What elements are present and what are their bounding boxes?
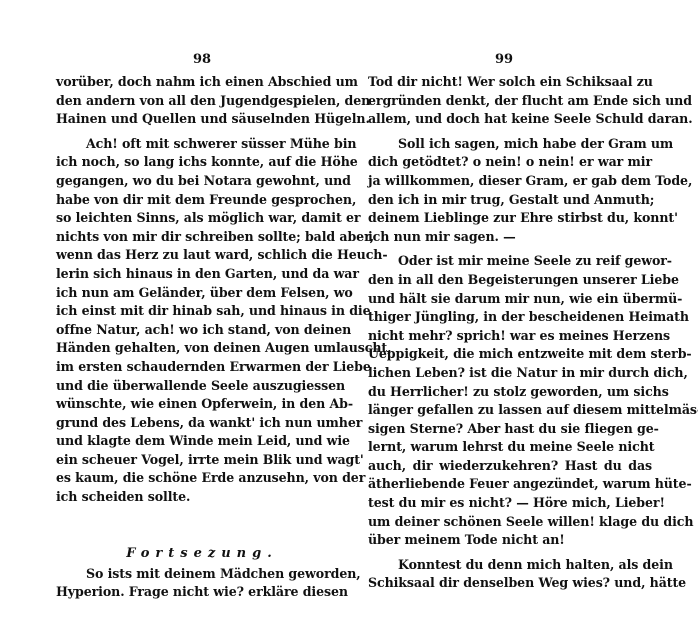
- text-line: wenn das Herz zu laut ward, schlich die …: [56, 246, 332, 265]
- text-line: ich nun mir sagen. —: [368, 228, 652, 247]
- text-line: nichts von mir dir schreiben sollte; bal…: [56, 228, 332, 247]
- text-line: und klagte dem Winde mein Leid, und wie: [56, 432, 332, 451]
- text-line: wünschte, wie einen Opferwein, in den Ab…: [56, 395, 332, 414]
- text-line: allem, und doch hat keine Seele Schuld d…: [368, 110, 652, 129]
- text-line: über meinem Tode nicht an!: [368, 531, 652, 550]
- text-line: lernt, warum lehrst du meine Seele nicht: [368, 438, 652, 457]
- paragraph: Tod dir nicht! Wer solch ein Schiksaal z…: [368, 73, 652, 129]
- text-line: und hält sie darum mir nun, wie ein über…: [368, 290, 652, 309]
- page-number: 99: [362, 52, 646, 67]
- text-line: den in all den Begeisterungen unserer Li…: [368, 271, 652, 290]
- text-line: ich noch, so lang ichs konnte, auf die H…: [56, 153, 332, 172]
- text-line: Soll ich sagen, mich habe der Gram um: [368, 135, 652, 154]
- text-line: ich einst mit dir hinab sah, und hinaus …: [56, 302, 332, 321]
- paragraph: Soll ich sagen, mich habe der Gram um di…: [368, 135, 652, 247]
- text-line: habe von dir mit dem Freunde gesprochen,: [56, 191, 332, 210]
- text-line: ja willkommen, dieser Gram, er gab dem T…: [368, 172, 652, 191]
- paragraph: Oder ist mir meine Seele zu reif gewor- …: [368, 252, 652, 550]
- text-line: vorüber, doch nahm ich einen Abschied um: [56, 73, 332, 92]
- page-body: Tod dir nicht! Wer solch ein Schiksaal z…: [368, 73, 652, 593]
- text-line: länger gefallen zu lassen auf diesem mit…: [368, 401, 652, 420]
- text-line: und die überwallende Seele auszugiessen: [56, 377, 332, 396]
- text-line: lerin sich hinaus in den Garten, und da …: [56, 265, 332, 284]
- page-body: vorüber, doch nahm ich einen Abschied um…: [56, 73, 332, 602]
- page-number: 98: [64, 52, 340, 67]
- paragraph: vorüber, doch nahm ich einen Abschied um…: [56, 73, 332, 129]
- text-line: thiger Jüngling, in der bescheidenen Hei…: [368, 308, 652, 327]
- text-line: Oder ist mir meine Seele zu reif gewor-: [368, 252, 652, 271]
- paragraph: So ists mit deinem Mädchen geworden, Hyp…: [56, 565, 332, 602]
- text-line: den ich in mir trug, Gestalt und Anmuth;: [368, 191, 652, 210]
- text-line: ätherliebende Feuer angezündet, warum hü…: [368, 475, 652, 494]
- section-heading: Fortsezung.: [56, 545, 332, 565]
- text-line: So ists mit deinem Mädchen geworden,: [56, 565, 332, 584]
- text-line: auch, dir wiederzukehren? Hast du das: [368, 457, 652, 476]
- text-line: nicht mehr? sprich! war es meines Herzen…: [368, 327, 652, 346]
- text-line: Händen gehalten, von deinen Augen umlaus…: [56, 339, 332, 358]
- text-line: lichen Leben? ist die Natur in mir durch…: [368, 364, 652, 383]
- text-line: Ueppigkeit, die mich entzweite mit dem s…: [368, 345, 652, 364]
- text-line: du Herrlicher! zu stolz geworden, um sic…: [368, 383, 652, 402]
- text-line: ich scheiden sollte.: [56, 488, 332, 507]
- paragraph: Konntest du denn mich halten, als dein S…: [368, 556, 652, 593]
- text-line: dich getödtet? o nein! o nein! er war mi…: [368, 153, 652, 172]
- text-line: grund des Lebens, da wankt' ich nun umhe…: [56, 414, 332, 433]
- text-line: sigen Sterne? Aber hast du sie fliegen g…: [368, 420, 652, 439]
- text-line: Tod dir nicht! Wer solch ein Schiksaal z…: [368, 73, 652, 92]
- text-line: es kaum, die schöne Erde anzusehn, von d…: [56, 469, 332, 488]
- text-line: ein scheuer Vogel, irrte mein Blik und w…: [56, 451, 332, 470]
- text-line: ich nun am Geländer, über dem Felsen, wo: [56, 284, 332, 303]
- text-line: Konntest du denn mich halten, als dein: [368, 556, 652, 575]
- text-line: so leichten Sinns, als möglich war, dami…: [56, 209, 332, 228]
- text-line: Hyperion. Frage nicht wie? erkläre diese…: [56, 583, 332, 602]
- text-line: um deiner schönen Seele willen! klage du…: [368, 513, 652, 532]
- text-line: Schiksaal dir denselben Weg wies? und, h…: [368, 574, 652, 593]
- text-line: Hainen und Quellen und säuselnden Hügeln…: [56, 110, 332, 129]
- text-line: test du mir es nicht? — Höre mich, Liebe…: [368, 494, 652, 513]
- text-line: den andern von all den Jugendgespielen, …: [56, 92, 332, 111]
- paragraph: Ach! oft mit schwerer süsser Mühe bin ic…: [56, 135, 332, 507]
- text-line: gegangen, wo du bei Notara gewohnt, und: [56, 172, 332, 191]
- text-line: deinem Lieblinge zur Ehre stirbst du, ko…: [368, 209, 652, 228]
- text-line: im ersten schaudernden Erwarmen der Lieb…: [56, 358, 332, 377]
- text-line: ergründen denkt, der flucht am Ende sich…: [368, 92, 652, 111]
- text-line: offne Natur, ach! wo ich stand, von dein…: [56, 321, 332, 340]
- text-line: Ach! oft mit schwerer süsser Mühe bin: [56, 135, 332, 154]
